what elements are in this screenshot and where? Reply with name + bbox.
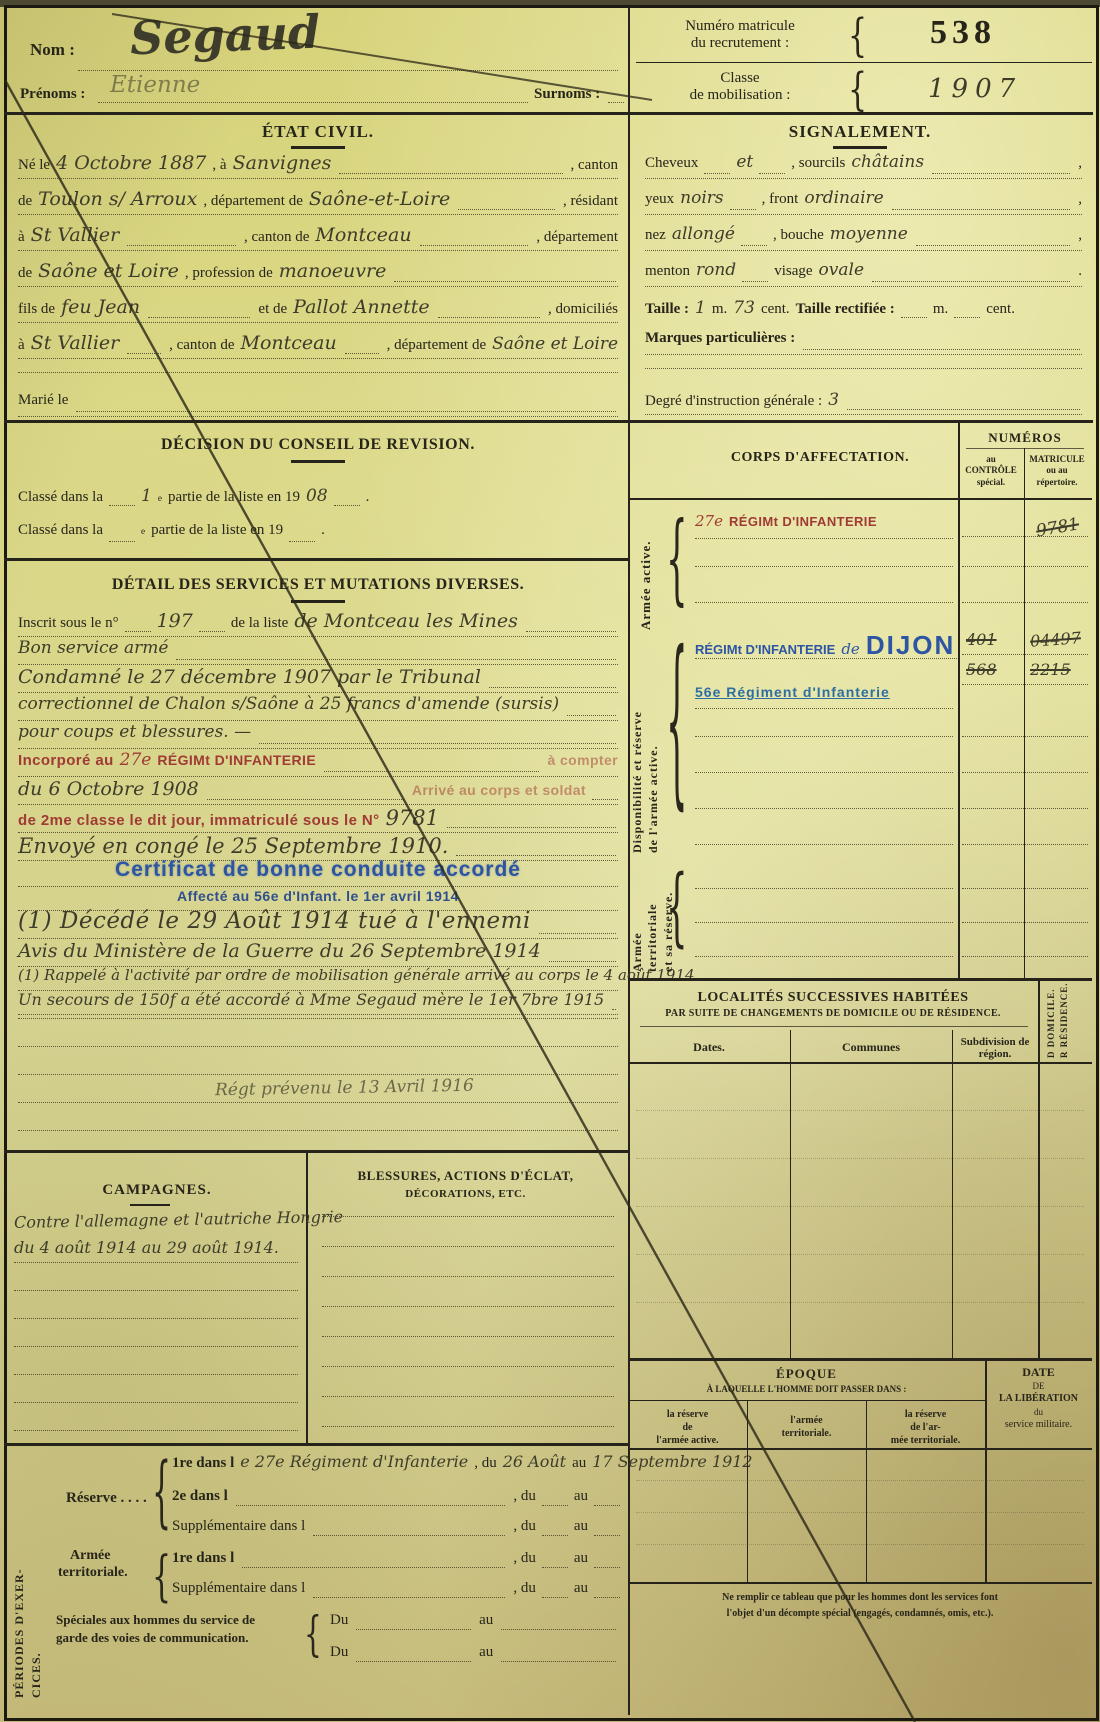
- military-register-sheet: Nom : Segaud Prénoms : Etienne Surnoms :…: [0, 0, 1100, 1722]
- cancellation-strokes: [0, 0, 1100, 1722]
